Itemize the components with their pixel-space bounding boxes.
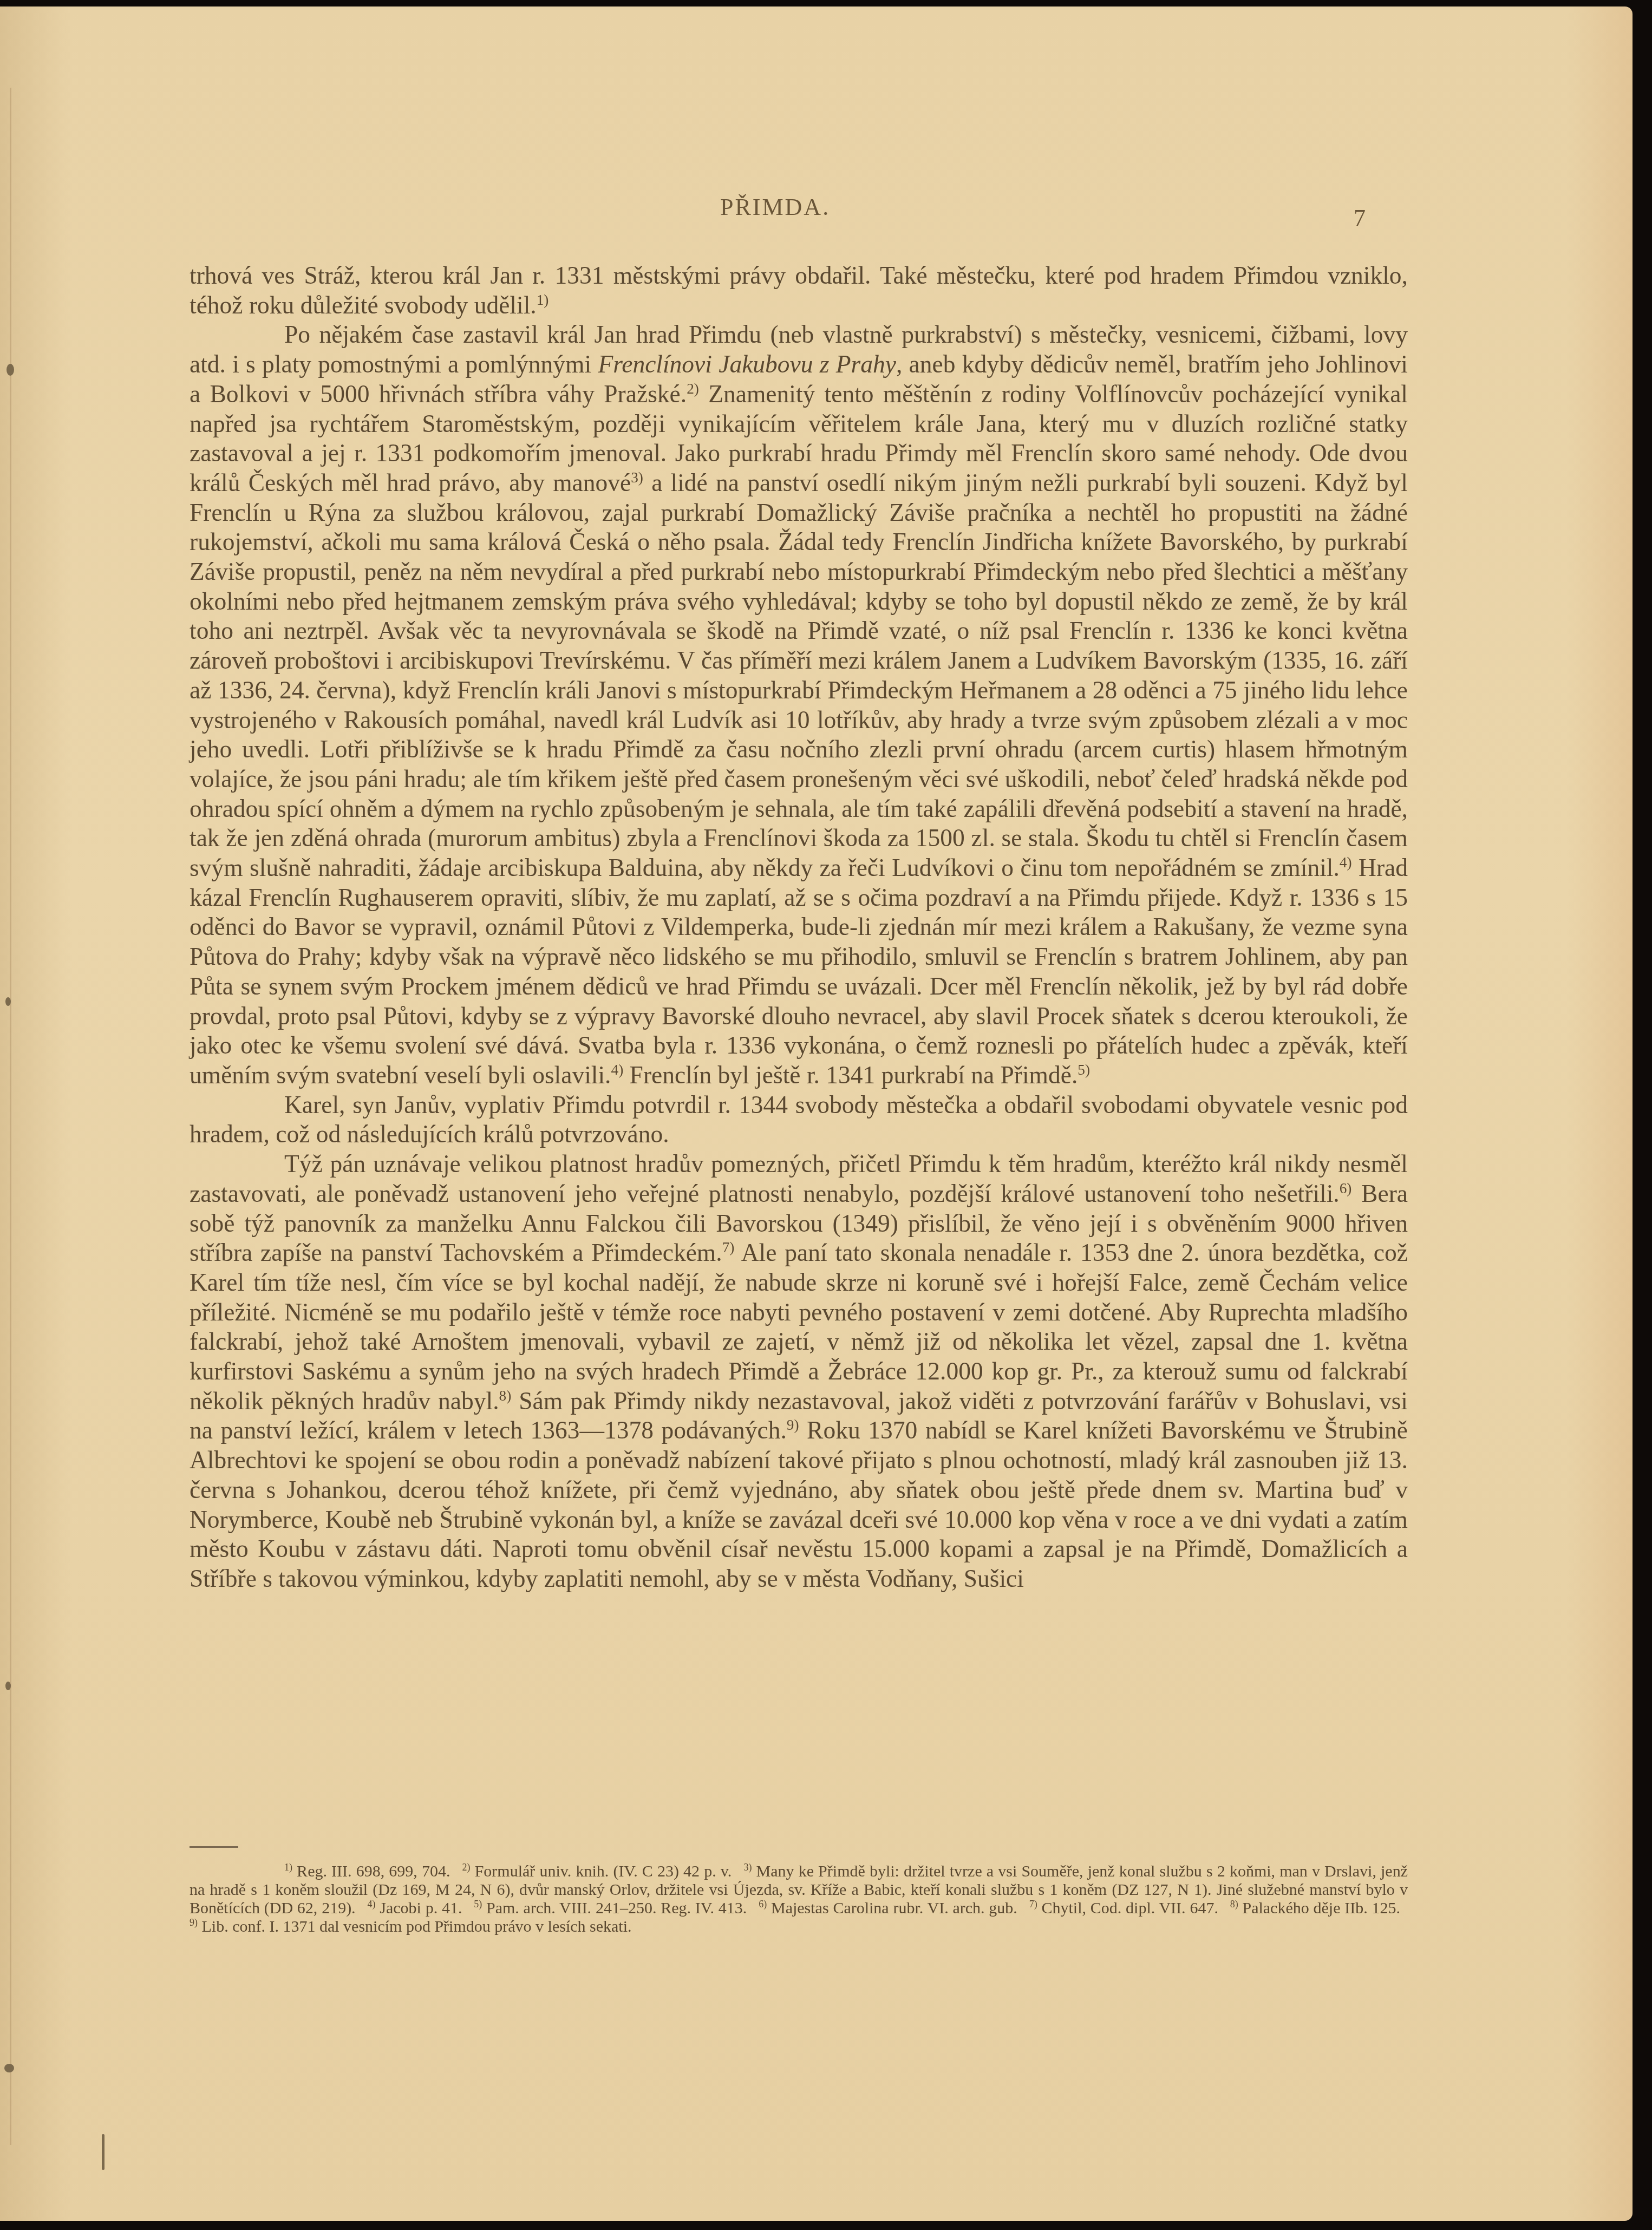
paragraph: trhová ves Stráž, kterou král Jan r. 133…	[190, 261, 1408, 320]
footnote-reference: 1)	[537, 292, 549, 308]
footnote: 7) Chytil, Cod. dipl. VII. 647.	[1029, 1899, 1218, 1917]
footnote-mark: 3)	[743, 1862, 752, 1873]
margin-speck-icon	[5, 1682, 11, 1690]
footnote: 1) Reg. III. 698, 699, 704.	[284, 1862, 450, 1880]
footnote-text: Formulář univ. knih. (IV. C 23) 42 p. v.	[471, 1862, 732, 1880]
footnote: 4) Jacobi p. 41.	[367, 1899, 462, 1917]
footnote-reference: 3)	[631, 469, 643, 486]
footnote-divider	[190, 1846, 238, 1848]
margin-speck-icon	[5, 997, 11, 1006]
text-run: Hrad kázal Frenclín Rughauserem opraviti…	[190, 854, 1408, 1089]
footnote-mark: 6)	[759, 1899, 767, 1909]
footnote: 9) Lib. conf. I. 1371 dal vesnicím pod P…	[190, 1918, 632, 1935]
footnote-mark: 8)	[1230, 1899, 1238, 1909]
binding-gutter-shadow	[10, 88, 11, 2145]
footnote-text: Lib. conf. I. 1371 dal vesnicím pod Přim…	[198, 1918, 632, 1935]
footnote-reference: 4)	[1340, 854, 1352, 871]
margin-tear-mark	[102, 2134, 105, 2170]
footnote: 2) Formulář univ. knih. (IV. C 23) 42 p.…	[462, 1862, 732, 1880]
margin-speck-icon	[4, 2064, 14, 2072]
footnote-text: Palackého děje IIb. 125.	[1238, 1899, 1400, 1917]
footnote-mark: 2)	[462, 1862, 471, 1873]
paragraph: Týž pán uznávaje velikou platnost hradův…	[190, 1149, 1408, 1594]
footnote-reference: 6)	[1340, 1180, 1352, 1196]
footnote-mark: 9)	[190, 1917, 198, 1928]
footnote-mark: 1)	[284, 1862, 292, 1873]
footnote-text: Chytil, Cod. dipl. VII. 647.	[1037, 1899, 1218, 1917]
footnote: 6) Majestas Carolina rubr. VI. arch. gub…	[759, 1899, 1017, 1917]
footnote-reference: 7)	[722, 1239, 735, 1255]
footnote-mark: 7)	[1029, 1899, 1037, 1909]
footnote-reference: 8)	[499, 1388, 512, 1404]
footnote-text: Jacobi p. 41.	[375, 1899, 462, 1917]
footnote: 8) Palackého děje IIb. 125.	[1230, 1899, 1400, 1917]
text-run: Týž pán uznávaje velikou platnost hradův…	[190, 1150, 1408, 1207]
paragraph: Po nějakém čase zastavil král Jan hrad P…	[190, 320, 1408, 1090]
paragraph: Karel, syn Janův, vyplativ Přimdu potvrd…	[190, 1090, 1408, 1149]
footnote-reference: 9)	[787, 1417, 799, 1433]
italic-name: Frenclínovi Jakubovu z Prahy	[598, 350, 896, 378]
footnote: 5) Pam. arch. VIII. 241–250. Reg. IV. 41…	[474, 1899, 747, 1917]
footnote-text: Reg. III. 698, 699, 704.	[292, 1862, 450, 1880]
footnote-mark: 4)	[367, 1899, 375, 1909]
main-text-body: trhová ves Stráž, kterou král Jan r. 133…	[190, 261, 1408, 1594]
text-run: Karel, syn Janův, vyplativ Přimdu potvrd…	[190, 1091, 1408, 1148]
page-number: 7	[1354, 204, 1366, 232]
footnote-reference: 4)	[611, 1062, 623, 1078]
text-run: Frenclín byl ještě r. 1341 purkrabí na P…	[623, 1061, 1078, 1089]
scanned-page: PŘIMDA. 7 trhová ves Stráž, kterou král …	[0, 6, 1633, 2221]
footnotes-block: 1) Reg. III. 698, 699, 704. 2) Formulář …	[190, 1862, 1408, 1936]
footnote-text: Pam. arch. VIII. 241–250. Reg. IV. 413.	[482, 1899, 747, 1917]
footnote-text: Majestas Carolina rubr. VI. arch. gub.	[767, 1899, 1017, 1917]
footnote-mark: 5)	[474, 1899, 482, 1909]
footnote-reference: 5)	[1078, 1062, 1090, 1078]
text-run: trhová ves Stráž, kterou král Jan r. 133…	[190, 261, 1408, 319]
footnote-reference: 2)	[687, 381, 699, 397]
margin-speck-icon	[6, 364, 14, 376]
running-title: PŘIMDA.	[720, 193, 830, 221]
text-run: a lidé na panství osedlí nikým jiným než…	[190, 469, 1408, 881]
